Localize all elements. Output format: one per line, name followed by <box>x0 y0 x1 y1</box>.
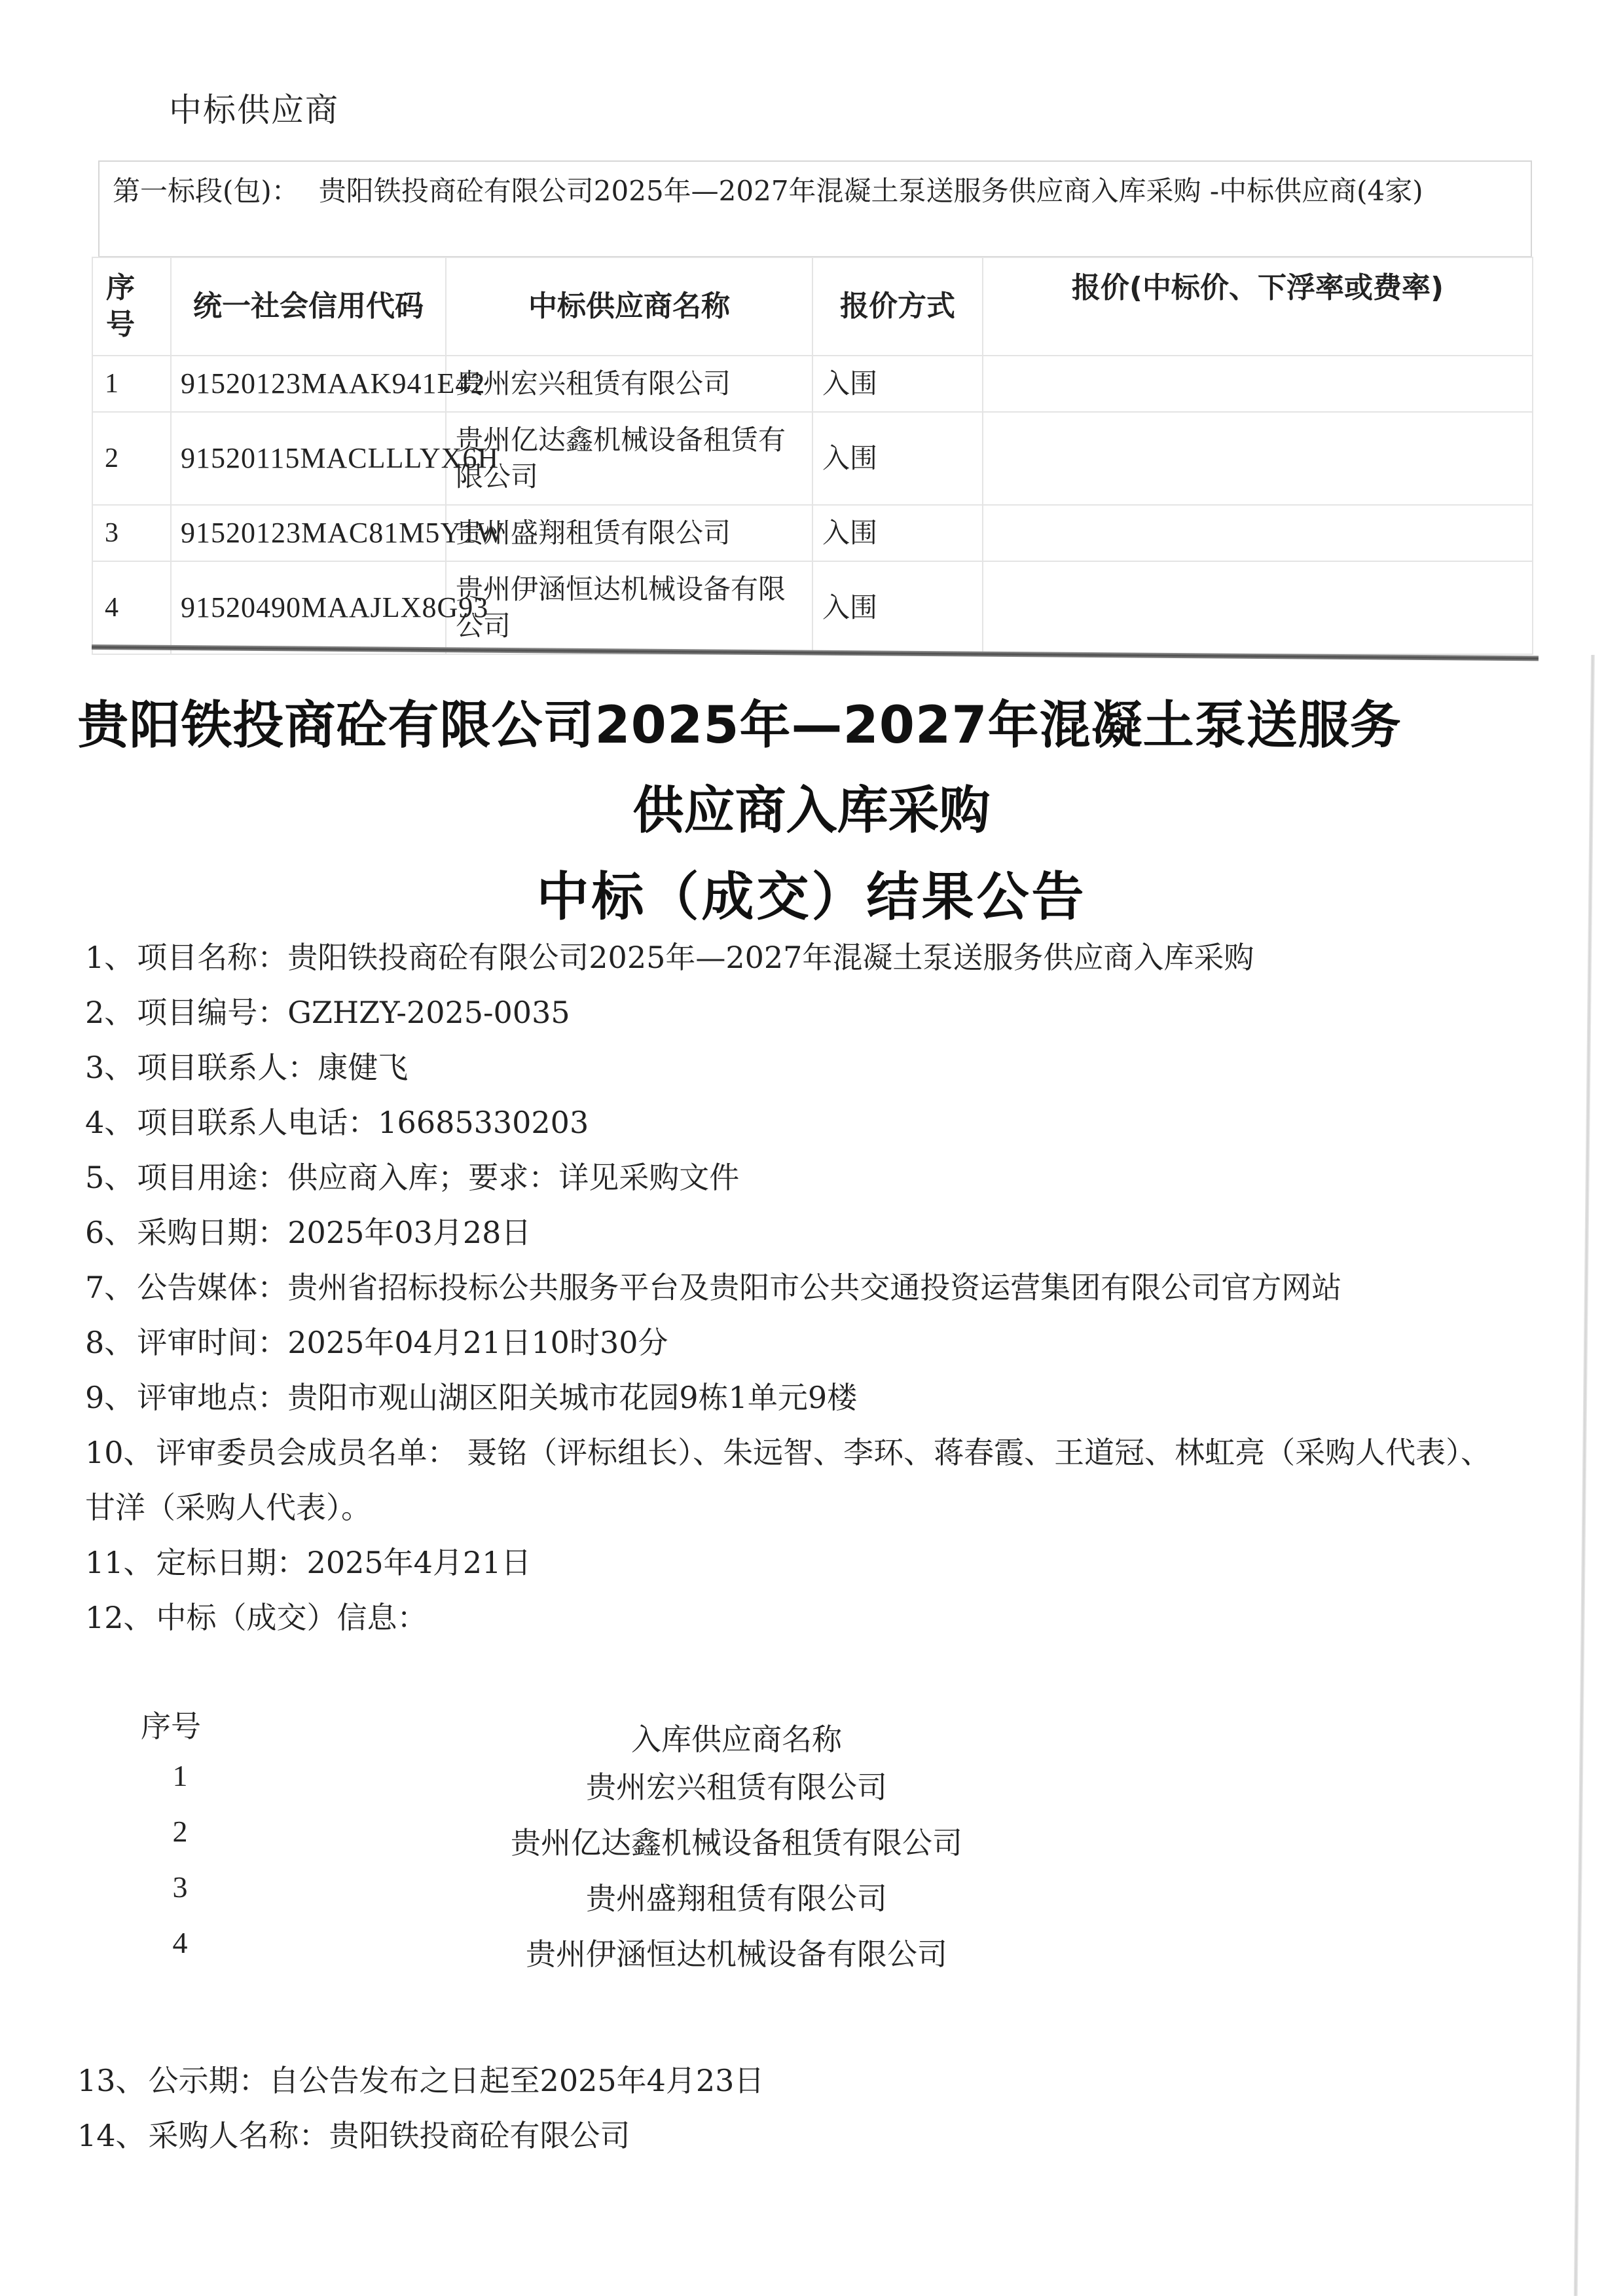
item-label: 评审时间： <box>137 1325 287 1360</box>
item-number: 9、 <box>85 1380 134 1415</box>
item-review-committee: 10、评审委员会成员名单： 聂铭（评标组长）、朱远智、李环、蒋春霞、王道冠、林虹… <box>85 1425 1499 1535</box>
award-header-row: 序号 入库供应商名称 <box>137 1703 1250 1758</box>
award-supplier-name: 贵州伊涵恒达机械设备有限公司 <box>223 1931 1250 1974</box>
announcement-title-line-3: 中标（成交）结果公告 <box>0 855 1623 930</box>
item-label: 评审地点： <box>137 1380 287 1415</box>
item-value: 2025年03月28日 <box>287 1215 531 1250</box>
item-label: 采购日期： <box>137 1215 287 1250</box>
item-number: 2、 <box>85 995 134 1030</box>
award-index: 3 <box>137 1870 223 1904</box>
row-credit-code: 91520115MACLLLYX6H <box>171 412 446 505</box>
row-index: 4 <box>92 561 171 654</box>
item-value: GZHZY-2025-0035 <box>287 995 570 1030</box>
item-number: 8、 <box>85 1325 134 1360</box>
announcement-items: 1、项目名称：贵阳铁投商砼有限公司2025年—2027年混凝土泵送服务供应商入库… <box>85 930 1499 1645</box>
item-label: 定标日期： <box>156 1545 307 1580</box>
item-review-time: 8、评审时间：2025年04月21日10时30分 <box>85 1315 1499 1370</box>
lot-description: 第一标段(包)：贵阳铁投商砼有限公司2025年—2027年混凝土泵送服务供应商入… <box>98 160 1532 257</box>
item-contact-person: 3、项目联系人：康健飞 <box>85 1040 1499 1095</box>
header-quote-price: 报价(中标价、下浮率或费率) <box>983 257 1533 356</box>
item-value: 16685330203 <box>378 1105 589 1140</box>
item-value: 2025年04月21日10时30分 <box>287 1325 668 1360</box>
item-number: 4、 <box>85 1105 134 1140</box>
header-index: 序号 <box>92 257 171 356</box>
row-quote-price <box>983 412 1533 505</box>
row-index: 1 <box>92 356 171 412</box>
row-supplier-name: 贵州伊涵恒达机械设备有限公司 <box>446 561 812 654</box>
award-supplier-name: 贵州宏兴租赁有限公司 <box>223 1764 1250 1807</box>
row-quote-method: 入围 <box>812 561 983 654</box>
item-value: 贵阳铁投商砼有限公司2025年—2027年混凝土泵送服务供应商入库采购 <box>287 940 1254 975</box>
section-heading: 中标供应商 <box>169 84 339 131</box>
table-row: 2 91520115MACLLLYX6H 贵州亿达鑫机械设备租赁有限公司 入围 <box>92 412 1533 505</box>
item-label: 项目编号： <box>137 995 287 1030</box>
list-item: 3 贵州盛翔租赁有限公司 <box>137 1870 1250 1925</box>
award-header-name: 入库供应商名称 <box>223 1716 1250 1759</box>
item-number: 7、 <box>85 1270 134 1305</box>
list-item: 2 贵州亿达鑫机械设备租赁有限公司 <box>137 1814 1250 1870</box>
item-contact-phone: 4、项目联系人电话：16685330203 <box>85 1095 1499 1150</box>
table-header-row: 序号 统一社会信用代码 中标供应商名称 报价方式 报价(中标价、下浮率或费率) <box>92 257 1533 356</box>
announcement-title-line-1: 贵阳铁投商砼有限公司2025年—2027年混凝土泵送服务 <box>0 684 1551 758</box>
item-label: 采购人名称： <box>149 2118 329 2153</box>
item-value: 贵阳铁投商砼有限公司 <box>329 2118 630 2153</box>
item-publicity-period: 13、公示期：自公告发布之日起至2025年4月23日 <box>77 2053 764 2108</box>
item-number: 12、 <box>85 1600 154 1635</box>
item-number: 11、 <box>85 1545 154 1580</box>
item-number: 1、 <box>85 940 134 975</box>
item-review-location: 9、评审地点：贵阳市观山湖区阳关城市花园9栋1单元9楼 <box>85 1370 1499 1425</box>
row-supplier-name: 贵州宏兴租赁有限公司 <box>446 356 812 412</box>
item-project-number: 2、项目编号：GZHZY-2025-0035 <box>85 985 1499 1040</box>
item-purchaser-name: 14、采购人名称：贵阳铁投商砼有限公司 <box>77 2108 764 2163</box>
header-quote-method: 报价方式 <box>812 257 983 356</box>
row-credit-code: 91520123MAAK941E42 <box>171 356 446 412</box>
row-credit-code: 91520123MAC81M5Y1W <box>171 505 446 561</box>
list-item: 1 贵州宏兴租赁有限公司 <box>137 1758 1250 1814</box>
row-supplier-name: 贵州盛翔租赁有限公司 <box>446 505 812 561</box>
row-quote-price <box>983 505 1533 561</box>
item-value: 贵阳市观山湖区阳关城市花园9栋1单元9楼 <box>287 1380 857 1415</box>
item-award-date: 11、定标日期：2025年4月21日 <box>85 1535 1499 1590</box>
item-label: 公告媒体： <box>137 1270 287 1305</box>
row-quote-method: 入围 <box>812 505 983 561</box>
item-project-name: 1、项目名称：贵阳铁投商砼有限公司2025年—2027年混凝土泵送服务供应商入库… <box>85 930 1499 985</box>
document-page: 中标供应商 第一标段(包)：贵阳铁投商砼有限公司2025年—2027年混凝土泵送… <box>0 0 1623 2296</box>
row-index: 2 <box>92 412 171 505</box>
item-label: 评审委员会成员名单： <box>156 1435 458 1470</box>
lot-prefix: 第一标段(包)： <box>113 175 299 207</box>
item-procurement-date: 6、采购日期：2025年03月28日 <box>85 1205 1499 1260</box>
announcement-items-after: 13、公示期：自公告发布之日起至2025年4月23日 14、采购人名称：贵阳铁投… <box>77 2053 764 2163</box>
award-supplier-name: 贵州亿达鑫机械设备租赁有限公司 <box>223 1819 1250 1862</box>
item-value: 贵州省招标投标公共服务平台及贵阳市公共交通投资运营集团有限公司官方网站 <box>287 1270 1341 1305</box>
award-index: 1 <box>137 1758 223 1793</box>
item-number: 14、 <box>77 2118 146 2153</box>
announcement-title-line-2: 供应商入库采购 <box>0 769 1623 843</box>
item-number: 10、 <box>85 1435 154 1470</box>
item-number: 3、 <box>85 1050 134 1085</box>
winning-suppliers-table: 序号 统一社会信用代码 中标供应商名称 报价方式 报价(中标价、下浮率或费率) … <box>92 257 1533 655</box>
item-number: 5、 <box>85 1160 134 1195</box>
list-item: 4 贵州伊涵恒达机械设备有限公司 <box>137 1925 1250 1981</box>
item-value: 康健飞 <box>318 1050 408 1085</box>
item-label: 项目名称： <box>137 940 287 975</box>
table-row: 4 91520490MAAJLX8G93 贵州伊涵恒达机械设备有限公司 入围 <box>92 561 1533 654</box>
item-label: 项目用途： <box>137 1160 287 1195</box>
award-list: 序号 入库供应商名称 1 贵州宏兴租赁有限公司 2 贵州亿达鑫机械设备租赁有限公… <box>137 1703 1250 1981</box>
header-supplier-name: 中标供应商名称 <box>446 257 812 356</box>
row-supplier-name: 贵州亿达鑫机械设备租赁有限公司 <box>446 412 812 505</box>
item-label: 项目联系人： <box>137 1050 318 1085</box>
table-row: 1 91520123MAAK941E42 贵州宏兴租赁有限公司 入围 <box>92 356 1533 412</box>
item-number: 6、 <box>85 1215 134 1250</box>
item-value: 自公告发布之日起至2025年4月23日 <box>269 2063 765 2098</box>
row-index: 3 <box>92 505 171 561</box>
row-quote-price <box>983 561 1533 654</box>
row-quote-price <box>983 356 1533 412</box>
award-supplier-name: 贵州盛翔租赁有限公司 <box>223 1875 1250 1918</box>
row-quote-method: 入围 <box>812 356 983 412</box>
item-project-purpose: 5、项目用途：供应商入库；要求：详见采购文件 <box>85 1150 1499 1205</box>
item-award-info: 12、中标（成交）信息： <box>85 1590 1499 1645</box>
header-credit-code: 统一社会信用代码 <box>171 257 446 356</box>
award-index: 4 <box>137 1925 223 1960</box>
row-credit-code: 91520490MAAJLX8G93 <box>171 561 446 654</box>
item-label: 公示期： <box>149 2063 269 2098</box>
item-value: 供应商入库；要求：详见采购文件 <box>287 1160 739 1195</box>
row-quote-method: 入围 <box>812 412 983 505</box>
item-label: 项目联系人电话： <box>137 1105 378 1140</box>
lot-text: 贵阳铁投商砼有限公司2025年—2027年混凝土泵送服务供应商入库采购 -中标供… <box>319 175 1423 207</box>
item-announcement-media: 7、公告媒体：贵州省招标投标公共服务平台及贵阳市公共交通投资运营集团有限公司官方… <box>85 1260 1499 1315</box>
table-row: 3 91520123MAC81M5Y1W 贵州盛翔租赁有限公司 入围 <box>92 505 1533 561</box>
item-label: 中标（成交）信息： <box>156 1600 428 1635</box>
award-header-index: 序号 <box>141 1703 226 1746</box>
item-number: 13、 <box>77 2063 146 2098</box>
award-index: 2 <box>137 1814 223 1849</box>
item-value: 2025年4月21日 <box>307 1545 532 1580</box>
